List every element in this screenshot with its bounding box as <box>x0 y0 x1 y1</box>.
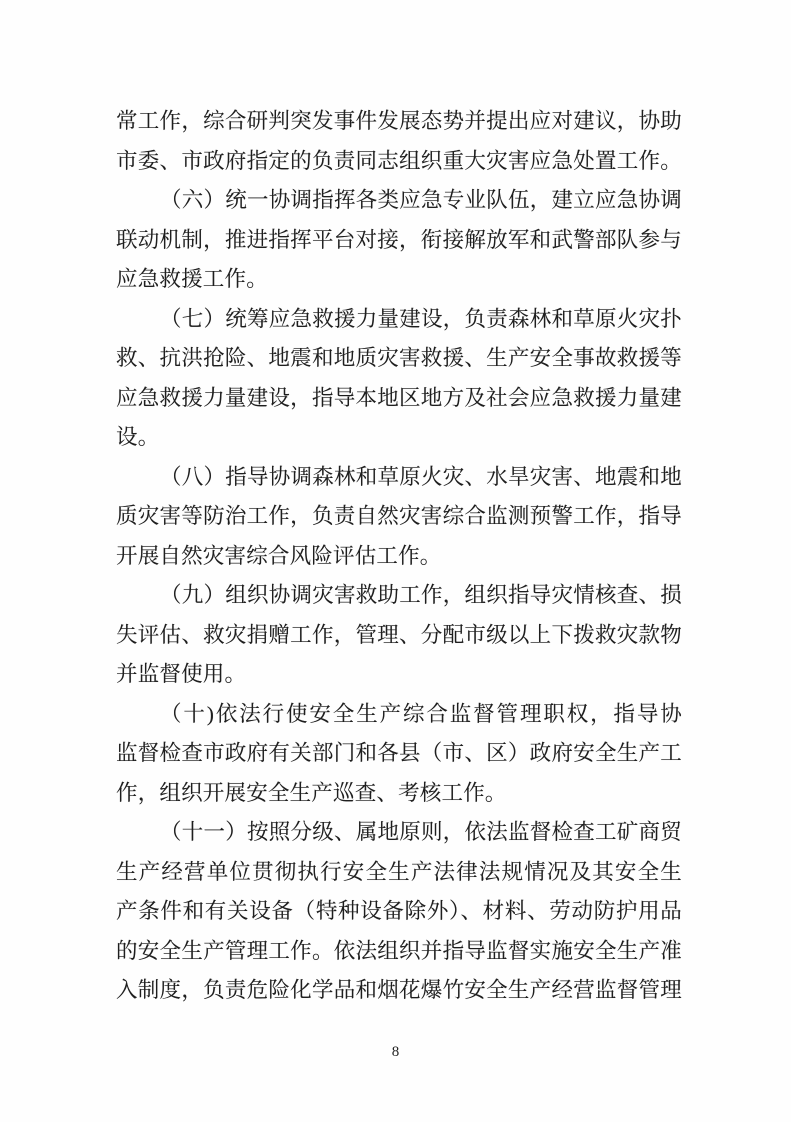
paragraph-item-6: （六）统一协调指挥各类应急专业队伍，建立应急协调 联动机制，推进指挥平台对接，衔… <box>116 181 682 300</box>
text-line: 并监督使用。 <box>116 655 682 695</box>
paragraph-item-9: （九）组织协调灾害救助工作，组织指导灾情核查、损 失评估、救灾捐赠工作，管理、分… <box>116 576 682 695</box>
text-line: （十)依法行使安全生产综合监督管理职权，指导协调、 <box>116 695 682 735</box>
page-number: 8 <box>392 1044 400 1060</box>
text-line: （九）组织协调灾害救助工作，组织指导灾情核查、损 <box>116 576 682 616</box>
text-line: 的安全生产管理工作。依法组织并指导监督实施安全生产准 <box>116 932 682 972</box>
document-page: 常工作，综合研判突发事件发展态势并提出应对建议，协助 市委、市政府指定的负责同志… <box>0 0 791 1122</box>
text-line: 入制度，负责危险化学品和烟花爆竹安全生产经营监督管理 <box>116 971 682 1011</box>
text-line: 作，组织开展安全生产巡查、考核工作。 <box>116 774 682 814</box>
text-line: 联动机制，推进指挥平台对接，衔接解放军和武警部队参与 <box>116 221 682 261</box>
paragraph-item-8: （八）指导协调森林和草原火灾、水旱灾害、地震和地 质灾害等防治工作，负责自然灾害… <box>116 458 682 577</box>
text-line: 监督检查市政府有关部门和各县（市、区）政府安全生产工 <box>116 734 682 774</box>
text-line: （七）统筹应急救援力量建设，负责森林和草原火灾扑 <box>116 300 682 340</box>
text-line: 质灾害等防治工作，负责自然灾害综合监测预警工作，指导 <box>116 497 682 537</box>
page-footer: 8 <box>0 1042 791 1062</box>
text-line: 生产经营单位贯彻执行安全生产法律法规情况及其安全生 <box>116 853 682 893</box>
text-line: 设。 <box>116 418 682 458</box>
text-line: 产条件和有关设备（特种设备除外）、材料、劳动防护用品 <box>116 892 682 932</box>
text-line: 开展自然灾害综合风险评估工作。 <box>116 537 682 577</box>
document-body: 常工作，综合研判突发事件发展态势并提出应对建议，协助 市委、市政府指定的负责同志… <box>116 102 682 1011</box>
text-line: 应急救援力量建设，指导本地区地方及社会应急救援力量建 <box>116 379 682 419</box>
text-line: 失评估、救灾捐赠工作，管理、分配市级以上下拨救灾款物 <box>116 616 682 656</box>
text-line: 应急救援工作。 <box>116 260 682 300</box>
text-line: 市委、市政府指定的负责同志组织重大灾害应急处置工作。 <box>116 142 682 182</box>
text-line: 常工作，综合研判突发事件发展态势并提出应对建议，协助 <box>116 102 682 142</box>
paragraph-item-7: （七）统筹应急救援力量建设，负责森林和草原火灾扑 救、抗洪抢险、地震和地质灾害救… <box>116 300 682 458</box>
paragraph-continuation: 常工作，综合研判突发事件发展态势并提出应对建议，协助 市委、市政府指定的负责同志… <box>116 102 682 181</box>
text-line: （十一）按照分级、属地原则，依法监督检查工矿商贸 <box>116 813 682 853</box>
text-line: （八）指导协调森林和草原火灾、水旱灾害、地震和地 <box>116 458 682 498</box>
text-line: （六）统一协调指挥各类应急专业队伍，建立应急协调 <box>116 181 682 221</box>
paragraph-item-11: （十一）按照分级、属地原则，依法监督检查工矿商贸 生产经营单位贯彻执行安全生产法… <box>116 813 682 1011</box>
paragraph-item-10: （十)依法行使安全生产综合监督管理职权，指导协调、 监督检查市政府有关部门和各县… <box>116 695 682 814</box>
text-line: 救、抗洪抢险、地震和地质灾害救援、生产安全事故救援等 <box>116 339 682 379</box>
